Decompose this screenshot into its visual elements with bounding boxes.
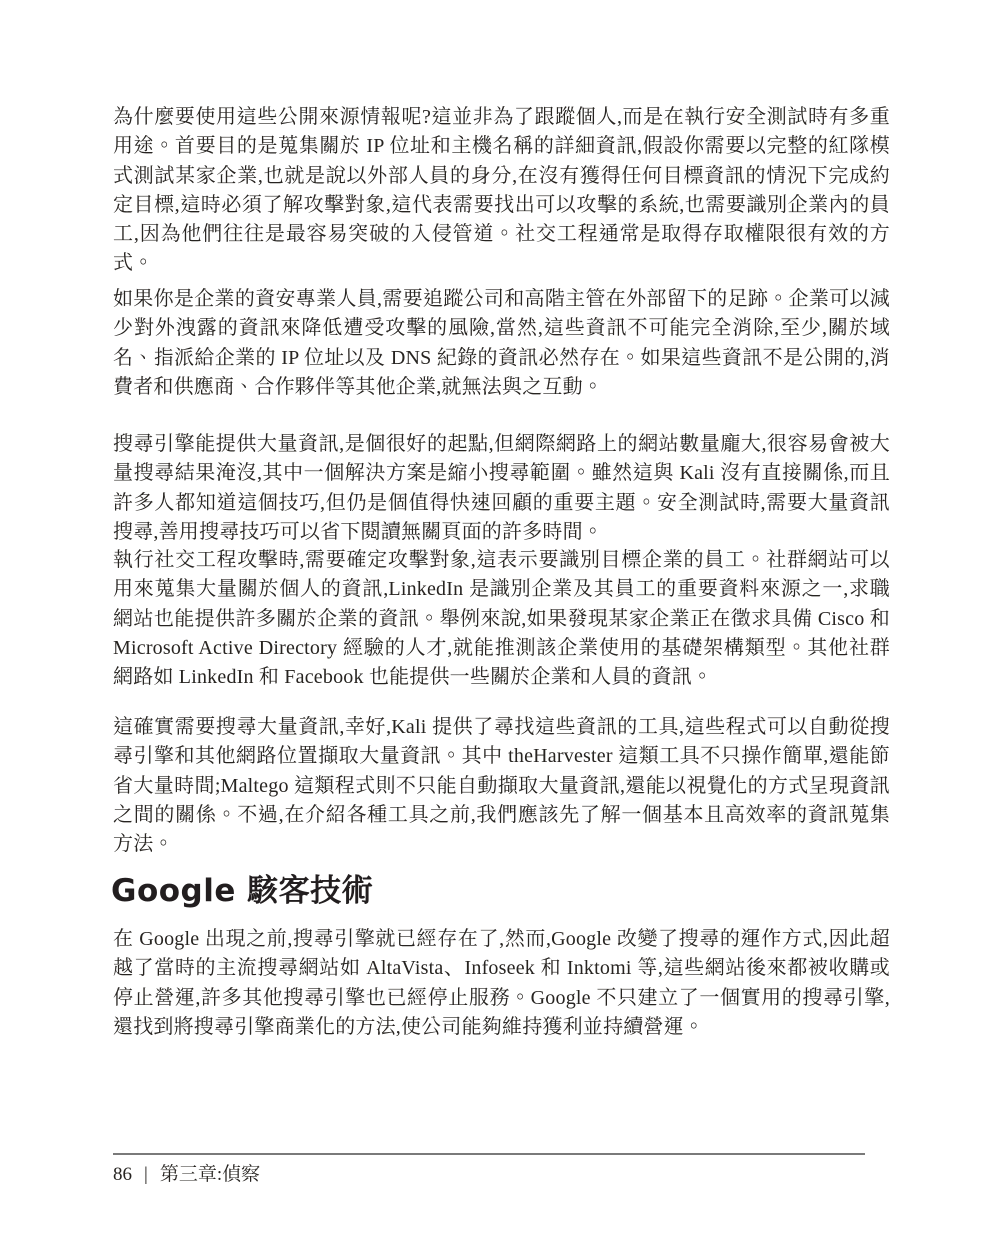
footer-rule <box>113 1153 865 1155</box>
body-paragraph: 這確實需要搜尋大量資訊,幸好,Kali 提供了尋找這些資訊的工具,這些程式可以自… <box>113 713 890 859</box>
body-paragraph: 在 Google 出現之前,搜尋引擎就已經存在了,然而,Google 改變了搜尋… <box>113 925 890 1042</box>
page-footer: 86 | 第三章:偵察 <box>113 1161 813 1189</box>
section-heading-google-hacking: Google 駭客技術 <box>111 872 891 910</box>
page-number: 86 <box>113 1161 132 1189</box>
body-paragraph: 搜尋引擎能提供大量資訊,是個很好的起點,但網際網路上的網站數量龐大,很容易會被大… <box>113 430 890 547</box>
body-paragraph: 執行社交工程攻擊時,需要確定攻擊對象,這表示要識別目標企業的員工。社群網站可以用… <box>113 546 890 692</box>
body-paragraph: 為什麼要使用這些公開來源情報呢?這並非為了跟蹤個人,而是在執行安全測試時有多重用… <box>113 103 890 279</box>
book-page: 為什麼要使用這些公開來源情報呢?這並非為了跟蹤個人,而是在執行安全測試時有多重用… <box>0 0 1000 1243</box>
body-paragraph: 如果你是企業的資安專業人員,需要追蹤公司和高階主管在外部留下的足跡。企業可以減少… <box>113 285 890 402</box>
footer-separator: | <box>144 1161 148 1189</box>
chapter-title: 第三章:偵察 <box>160 1161 260 1189</box>
